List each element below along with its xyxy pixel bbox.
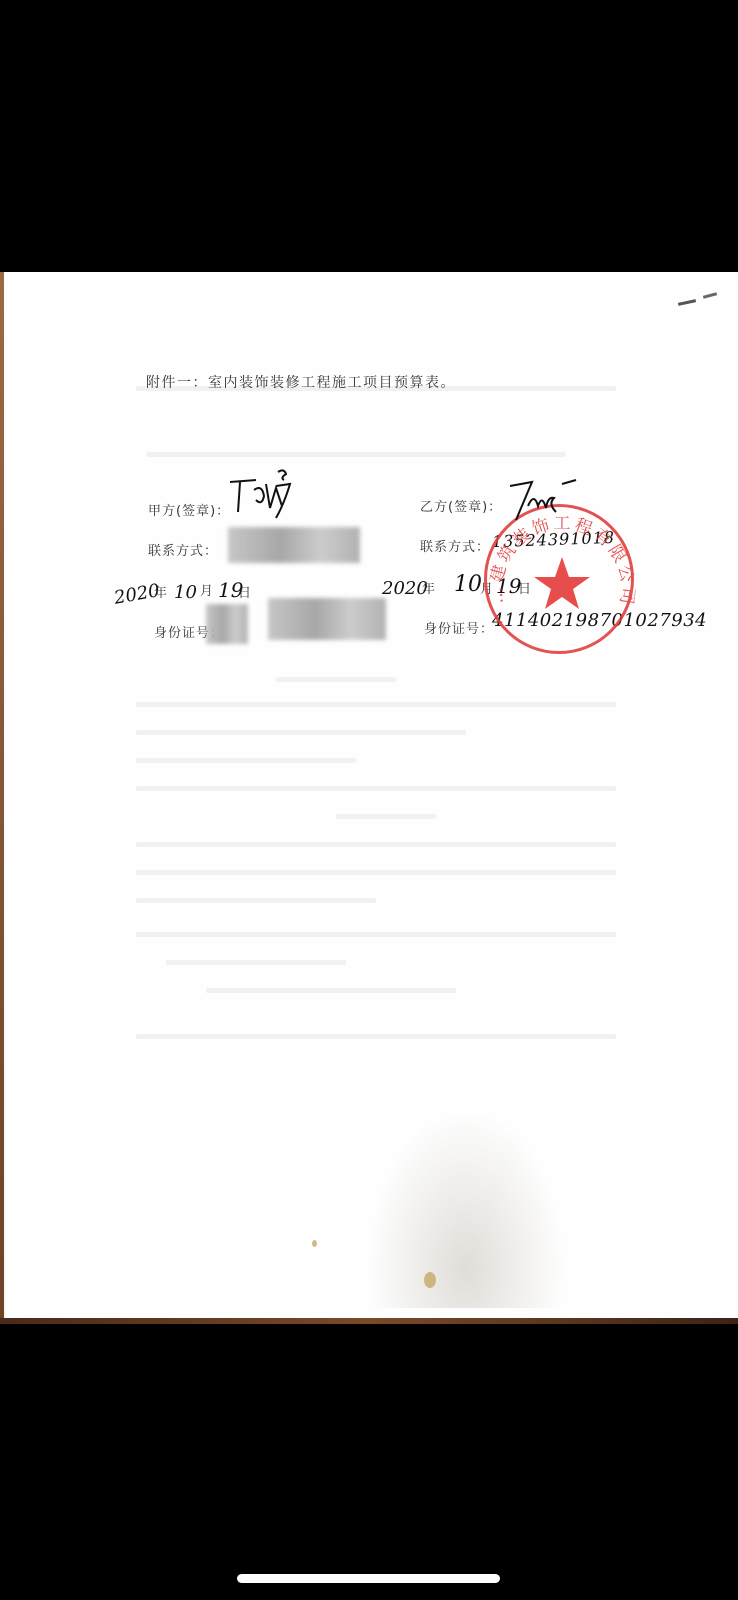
star-icon <box>534 557 590 609</box>
redacted-id <box>206 604 248 644</box>
paper-shadow <box>366 1108 566 1308</box>
pen-mark <box>678 299 696 306</box>
redacted-id <box>268 598 386 640</box>
bleed-through-line <box>136 932 616 937</box>
bleed-through-line <box>166 960 346 965</box>
party-b-id-label: 身份证号： <box>424 618 494 637</box>
party-b-contact-label: 联系方式： <box>420 536 490 555</box>
bleed-through-line <box>336 814 436 819</box>
desk-edge <box>0 272 4 1324</box>
bleed-through-line <box>136 842 616 847</box>
bleed-through-line <box>136 758 356 763</box>
bleed-through-line <box>136 898 376 903</box>
bleed-through-line <box>276 677 396 682</box>
party-b-signature <box>506 476 586 526</box>
paper-page: 附件一：室内装饰装修工程施工项目预算表。 甲方(签章)： 联系方式： 2020 … <box>6 272 738 1318</box>
home-indicator[interactable] <box>237 1574 500 1583</box>
bleed-through-line <box>136 1034 616 1039</box>
document-title: 附件一：室内装饰装修工程施工项目预算表。 <box>146 372 456 392</box>
bleed-through-line <box>136 730 466 735</box>
bleed-through-line <box>136 870 616 875</box>
party-a-sign-label: 甲方(签章)： <box>148 500 230 519</box>
bleed-through-line <box>136 702 616 707</box>
paper-stain <box>424 1272 436 1288</box>
bleed-through-line <box>136 786 616 791</box>
paper-stain <box>312 1240 317 1247</box>
desk-edge <box>0 1318 738 1324</box>
document-photo: 附件一：室内装饰装修工程施工项目预算表。 甲方(签章)： 联系方式： 2020 … <box>0 272 738 1324</box>
party-a-contact-label: 联系方式： <box>148 540 218 559</box>
bleed-through-line <box>146 452 566 457</box>
party-a-signature <box>226 462 296 522</box>
bleed-through-line <box>206 988 456 993</box>
pen-mark <box>703 292 717 299</box>
company-seal: …建筑装饰工程有限公司 <box>484 504 634 654</box>
redacted-contact <box>228 527 360 563</box>
